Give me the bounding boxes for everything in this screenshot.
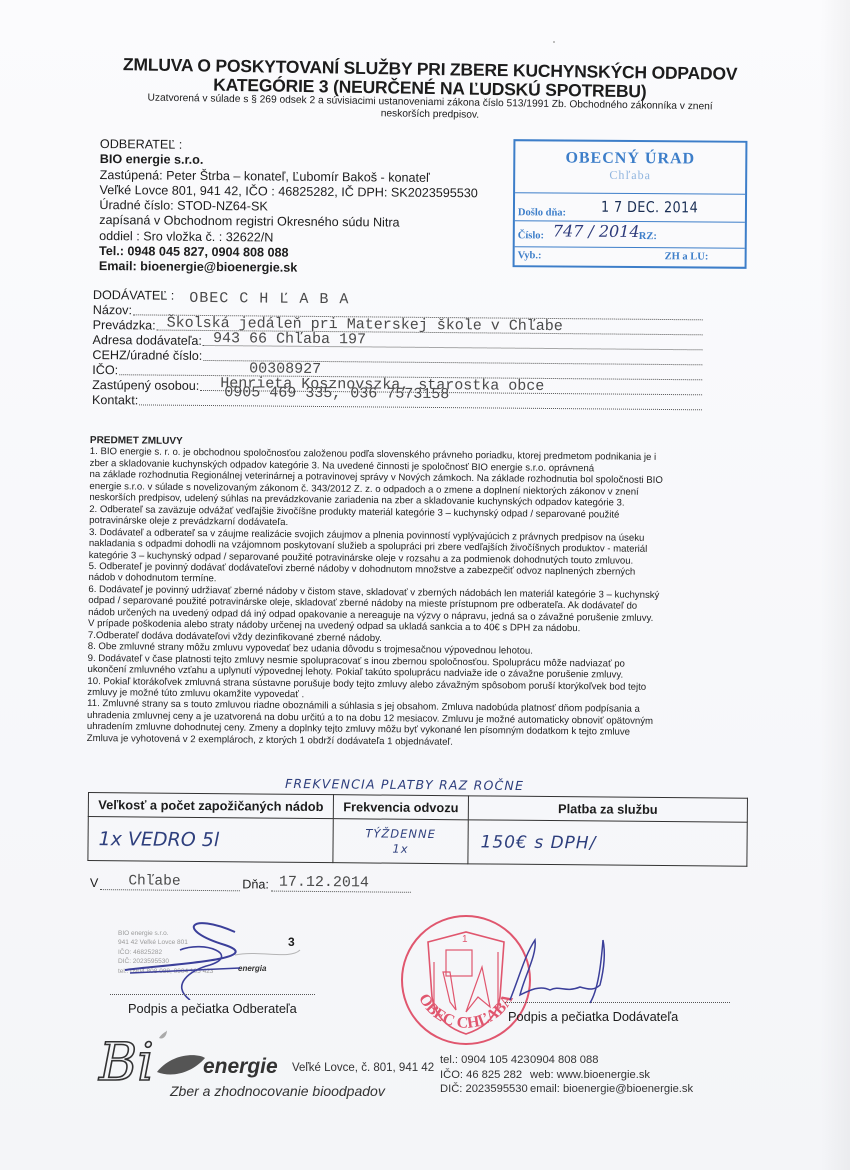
page-edge-shadow <box>820 0 850 1170</box>
logo-text: Bi <box>98 1033 154 1088</box>
footer-phone2: 0904 808 088 <box>530 1053 693 1068</box>
odberatel-signature-line <box>110 994 315 995</box>
service-table-grid: Veľkosť a počet zapožičaných nádob Frekv… <box>87 792 748 867</box>
stamp-zh-label: ZH a LU: <box>665 251 709 262</box>
date-label: Dňa: <box>242 877 269 891</box>
registry-stamp: OBECNÝ ÚRAD Chľaba 1 7 DEC. 2014 Došlo d… <box>513 139 748 269</box>
stamp-number-row: Číslo: 747 / 2014 RZ: <box>515 221 745 249</box>
footer-address: Veľké Lovce, č. 801, 941 42 <box>292 1062 434 1074</box>
field-text: 943 66 Chľaba 197 <box>213 330 366 348</box>
table-row: 1x VEDRO 5l TÝŽDENNE1x 150€ s DPH/ <box>88 817 747 867</box>
stamp-number-label: Číslo: <box>518 230 544 241</box>
stamp-number-value: 747 / 2014 <box>553 221 640 241</box>
frequency-line: TÝŽDENNE <box>334 826 468 842</box>
footer-tagline: Zber a zhodnocovanie bioodpadov <box>170 1083 385 1099</box>
footer-tel: tel.: 0904 105 423 <box>440 1053 530 1068</box>
cell-payment: 150€ s DPH/ <box>468 820 747 866</box>
handwritten-note: FREKVENCIA PLATBY RAZ ROČNE <box>285 776 524 793</box>
footer-ico: IČO: 46 825 282 <box>440 1068 530 1083</box>
field-label-ico: IČO: <box>92 363 119 378</box>
footer-email[interactable]: email: bioenergie@bioenergie.sk <box>530 1082 693 1097</box>
cell-containers: 1x VEDRO 5l <box>88 817 333 863</box>
place-field: Chľabe <box>100 874 240 891</box>
stamp-vyb-row: Vyb.: ZH a LU: <box>515 247 745 269</box>
header-payment: Platba za službu <box>468 796 747 822</box>
field-label-cehz: CEHZ/úradné číslo: <box>92 348 203 364</box>
stamp-received-row: 1 7 DEC. 2014 Došlo dňa: <box>515 193 745 223</box>
date-value: 17.12.2014 <box>279 874 369 892</box>
seal-number: 1 <box>462 934 468 945</box>
stamp-vyb-label: Vyb.: <box>518 250 542 261</box>
dodavatel-block: DODÁVATEĽ : OBEC C H Ľ A B A Názov: Prev… <box>92 288 703 413</box>
footer-contact-col2: 0904 808 088 web: www.bioenergie.sk emai… <box>530 1053 693 1097</box>
footer-dic: DIČ: 2023595530 <box>440 1082 530 1097</box>
bioenergie-logo: Bi <box>97 1028 207 1088</box>
field-text: 0905 469 335, 036 7573158 <box>224 384 449 403</box>
field-label-kontakt: Kontakt: <box>92 393 139 408</box>
stamp-town: Chľaba <box>515 167 745 184</box>
field-label-adresa: Adresa dodávateľa: <box>92 333 203 349</box>
leaf-icon <box>157 1055 205 1074</box>
header-frequency: Frekvencia odvozu <box>333 795 468 820</box>
dodavatel-signature-label: Podpis a pečiatka Dodávateľa <box>508 1009 678 1024</box>
dodavatel-signature-line <box>505 1002 730 1003</box>
footer-contact-col1: tel.: 0904 105 423 IČO: 46 825 282 DIČ: … <box>440 1053 530 1097</box>
odberatel-signature-label: Podpis a pečiatka Odberateľa <box>128 1001 297 1016</box>
place-value: Chľabe <box>128 873 180 889</box>
cell-frequency: TÝŽDENNE1x <box>333 819 468 864</box>
contract-page: ZMLUVA O POSKYTOVANÍ SLUŽBY PRI ZBERE KU… <box>0 0 850 1170</box>
place-prefix: V <box>90 876 99 890</box>
footer-brand: energie <box>203 1055 278 1079</box>
place-date-line: V Chľabe Dňa: 17.12.2014 <box>90 874 411 893</box>
dodavatel-signature <box>505 935 615 1007</box>
footer-web[interactable]: web: www.bioenergie.sk <box>530 1068 693 1083</box>
stamp-office: OBECNÝ ÚRAD <box>515 141 745 169</box>
dodavatel-heading: DODÁVATEĽ : <box>93 288 176 304</box>
frequency-line: 1x <box>333 841 467 857</box>
stamp-office-row: OBECNÝ ÚRAD Chľaba <box>515 141 745 195</box>
header-containers: Veľkosť a počet zapožičaných nádob <box>88 793 333 819</box>
scan-speck <box>553 41 555 43</box>
service-table: Veľkosť a počet zapožičaných nádob Frekv… <box>87 792 748 867</box>
stamp-received-label: Došlo dňa: <box>518 207 566 218</box>
field-label-zastupeny: Zastúpený osobou: <box>92 378 200 394</box>
leaf-small-icon <box>159 1030 167 1039</box>
stamp-received-date: 1 7 DEC. 2014 <box>601 198 698 217</box>
odberatel-signature <box>120 910 320 1000</box>
predmet-zmluvy: PREDMET ZMLUVY 1. BIO energie s. r. o. j… <box>87 435 765 751</box>
stamp-rz-label: RZ: <box>639 231 657 242</box>
date-field: 17.12.2014 <box>271 876 411 893</box>
field-label-nazov: Názov: <box>93 303 133 318</box>
odberatel-block: ODBERATEĽ : BIO energie s.r.o. Zastúpená… <box>99 137 478 278</box>
odberatel-email: Email: bioenergie@bioenergie.sk <box>99 259 477 278</box>
field-label-prevadzka: Prevádzka: <box>93 318 157 334</box>
